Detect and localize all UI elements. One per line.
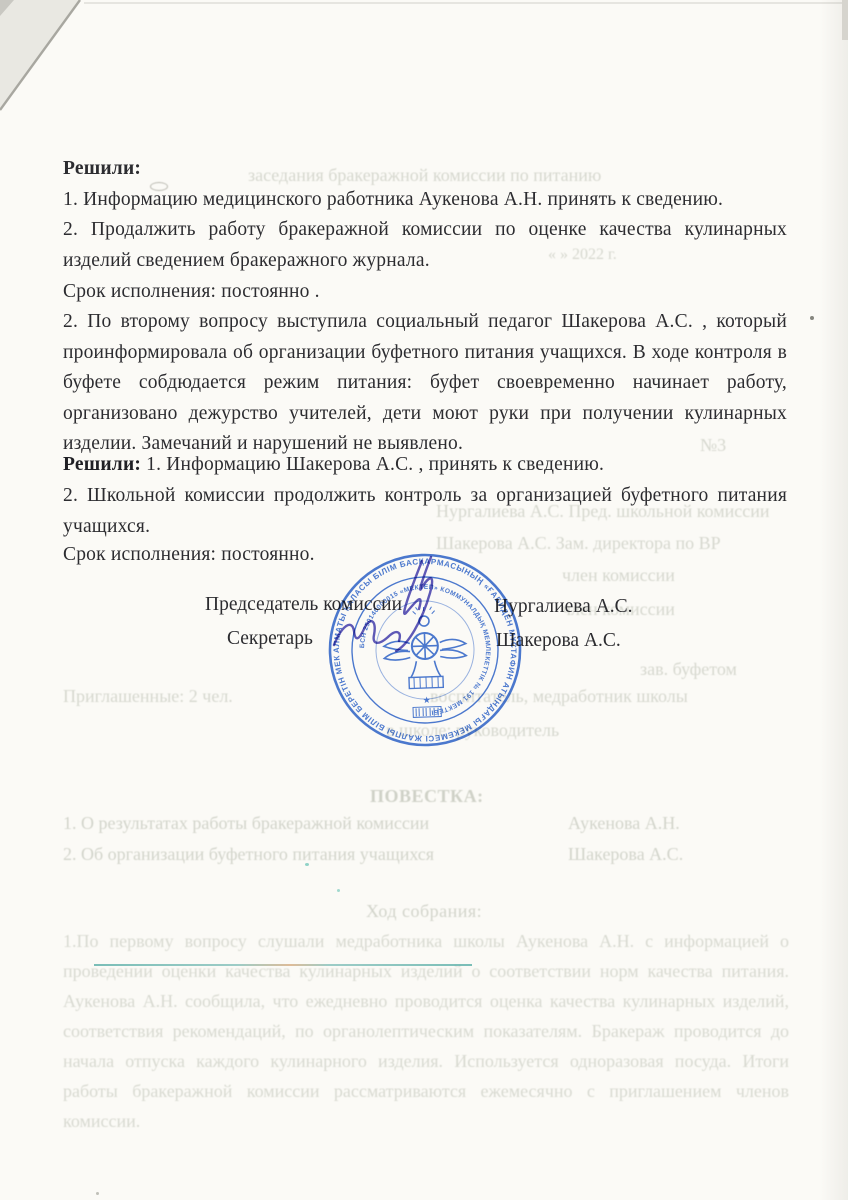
resolved-heading-1: Решили: xyxy=(63,154,787,185)
teal-speck xyxy=(337,889,340,892)
ghost-agenda-name: Шакерова А.С. xyxy=(568,839,683,869)
resolution-1-item-2: 2. Продалжить работу бракеражной комисси… xyxy=(63,215,787,276)
scan-top-right-edge xyxy=(842,0,848,40)
scan-right-shadow xyxy=(820,0,848,1200)
resolved-heading-2: Решили: xyxy=(63,454,141,475)
scan-speck xyxy=(810,316,814,320)
ghost-agenda-name: Аукенова А.Н. xyxy=(568,808,680,838)
page-corner-fold xyxy=(0,0,130,140)
ghost-agenda-item: 2. Об организации буфетного питания учащ… xyxy=(63,839,434,869)
pen-underline-mark xyxy=(94,964,472,966)
scan-top-edge xyxy=(84,2,848,4)
teal-speck xyxy=(305,863,309,866)
resolution-1-item-1: 1. Информацию медицинского работника Аук… xyxy=(63,185,787,216)
ghost-line: зав. буфетом xyxy=(640,654,737,684)
resolved-heading-2-line: Решили: 1. Информацию Шакерова А.С. , пр… xyxy=(63,450,787,481)
ghost-section-heading: Ход собрания: xyxy=(366,896,482,926)
resolution-2-item-2: 2. Школьной комиссии продолжить контроль… xyxy=(63,481,787,542)
ghost-line: Приглашенные: 2 чел. xyxy=(63,681,233,711)
ghost-agenda-heading: ПОВЕСТКА: xyxy=(370,781,484,811)
scanned-document-page: заседания бракеражной комиссии по питани… xyxy=(0,0,848,1200)
handwritten-signature xyxy=(300,545,560,725)
ghost-paragraph: 1.По первому вопросу слушали медработник… xyxy=(63,926,789,1136)
question-2-paragraph: 2. По второму вопросу выступила социальн… xyxy=(63,307,787,460)
deadline-1: Срок исполнения: постоянно . xyxy=(63,277,787,308)
scan-speck xyxy=(96,1192,99,1195)
ghost-agenda-item: 1. О результатах работы бракеражной коми… xyxy=(63,808,429,838)
resolution-2-item-1: 1. Информацию Шакерова А.С. , принять к … xyxy=(141,454,604,475)
